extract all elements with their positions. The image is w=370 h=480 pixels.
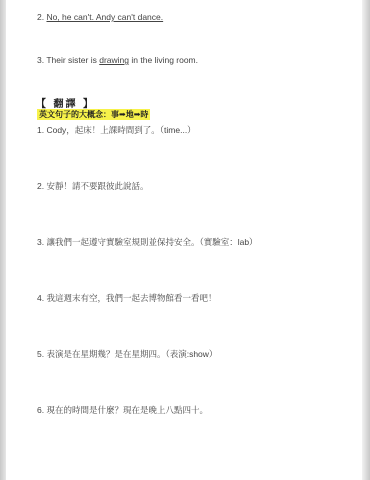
translation-item-4: 4. 我這週末有空，我們一起去博物館看一看吧！: [37, 292, 216, 304]
answer-number: 2.: [37, 12, 44, 22]
page-right-edge: [362, 0, 370, 480]
answer-underlined: drawing: [99, 55, 129, 65]
translation-item-1: 1. Cody，起床！上課時間到了。（time...）: [37, 124, 196, 136]
translation-heading: 【 翻譯 】: [36, 95, 95, 110]
answer-item-2: 2. No, he can't. Andy can't dance.: [37, 11, 163, 23]
translation-item-6: 6. 現在的時間是什麼？現在是晚上八點四十。: [37, 404, 208, 416]
translation-item-5: 5. 表演是在星期幾？是在星期四。（表演:show）: [37, 348, 217, 360]
translation-item-2: 2. 安靜！請不要跟彼此說話。: [37, 180, 148, 192]
answer-number: 3.: [37, 55, 44, 65]
answer-underlined: No, he can't. Andy can't dance.: [46, 12, 163, 22]
worksheet-page: 2. No, he can't. Andy can't dance. 3. Th…: [6, 0, 362, 480]
highlighted-tip: 英文句子的大概念：事➡地➡時: [37, 109, 150, 120]
answer-text-after: in the living room.: [131, 55, 198, 65]
translation-item-3: 3. 讓我們一起遵守實驗室規則並保持安全。（實驗室：lab）: [37, 236, 258, 248]
answer-text-before: Their sister is: [46, 55, 97, 65]
answer-item-3: 3. Their sister is drawing in the living…: [37, 54, 198, 66]
